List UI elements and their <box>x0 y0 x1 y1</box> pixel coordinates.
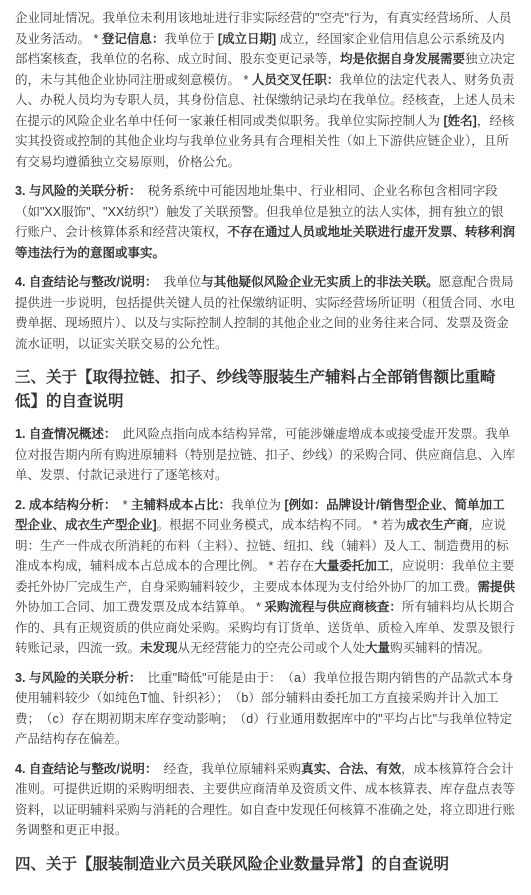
section-heading: 四、关于【服装制造业六员关联风险企业数量异常】的自查说明 <box>15 853 516 877</box>
paragraph: 4. 自查结论与整改/说明： 经查，我单位原辅料采购真实、合法、有效，成本核算符… <box>15 759 516 841</box>
bold-text-run: 真实、合法、有效 <box>301 762 401 776</box>
bold-text-run: 四、关于【服装制造业六员关联风险企业数量异常】的自查说明 <box>15 856 449 873</box>
bold-text-run: 均是依据自身发展需要 <box>340 52 465 66</box>
text-run: * <box>110 498 131 512</box>
bold-text-run: 大量委托加工 <box>314 559 389 573</box>
bold-text-run: 与其他疑似风险企业无实质上的非法关联。 <box>201 275 439 289</box>
paragraph: 企业同址情况。我单位未利用该地址进行非实际经营的"空壳"行为，有真实经营场所、人… <box>15 8 516 172</box>
text-run: 我单位为 <box>231 498 284 512</box>
text-run: 外协加工合同、加工费发票及成本结算单。 * <box>15 600 264 614</box>
section-heading: 三、关于【取得拉链、扣子、纱线等服装生产辅料占全部销售额比重畸低】的自查说明 <box>15 366 516 414</box>
bold-text-run: 采购流程与供应商核查： <box>264 600 402 614</box>
bold-text-run: 4. 自查结论与整改/说明： <box>15 762 151 776</box>
paragraph: 3. 与风险的关联分析： 比重"畸低"可能是由于： （a）我单位报告期内销售的产… <box>15 668 516 750</box>
bold-text-run: [姓名] <box>443 114 476 128</box>
bold-text-run: 未发现 <box>140 641 178 655</box>
paragraph: 4. 自查结论与整改/说明： 我单位与其他疑似风险企业无实质上的非法关联。愿意配… <box>15 272 516 354</box>
bold-text-run: 3. 与风险的关联分析： <box>15 184 135 198</box>
paragraph: 1. 自查情况概述： 此风险点指向成本结构异常，可能涉嫌虚增成本或接受虚开发票。… <box>15 424 516 486</box>
paragraph: 2. 成本结构分析： * 主辅料成本占比：我单位为 [例如：品牌设计/销售型企业… <box>15 495 516 659</box>
text-run: 购买辅料的情况。 <box>390 641 490 655</box>
text-run: 经查，我单位原辅料采购 <box>151 762 301 776</box>
text-run: 我单位于 <box>164 32 217 46</box>
bold-text-run: 成衣生产商 <box>406 518 469 532</box>
paragraph: 3. 与风险的关联分析： 税务系统中可能因地址集中、行业相同、企业名称包含相同字… <box>15 181 516 263</box>
text-run: 我单位 <box>151 275 201 289</box>
bold-text-run: 4. 自查结论与整改/说明： <box>15 275 151 289</box>
bold-text-run: 大量 <box>365 641 390 655</box>
bold-text-run: 主辅料成本占比： <box>131 498 231 512</box>
bold-text-run: 登记信息： <box>102 32 165 46</box>
bold-text-run: 1. 自查情况概述： <box>15 427 110 441</box>
bold-text-run: 2. 成本结构分析： <box>15 498 110 512</box>
text-run: 。根据不同业务模式，成本结构不同。 * 若为 <box>157 518 406 532</box>
text-run: 从无经营能力的空壳公司或个人处 <box>178 641 366 655</box>
bold-text-run: 人员交叉任职： <box>252 73 340 87</box>
document-body: 企业同址情况。我单位未利用该地址进行非实际经营的"空壳"行为，有真实经营场所、人… <box>15 8 516 877</box>
document-page: 企业同址情况。我单位未利用该地址进行非实际经营的"空壳"行为，有真实经营场所、人… <box>0 0 531 895</box>
bold-text-run: [成立日期] <box>218 32 276 46</box>
bold-text-run: 3. 与风险的关联分析： <box>15 671 135 685</box>
bold-text-run: 三、关于【取得拉链、扣子、纱线等服装生产辅料占全部销售额比重畸低】的自查说明 <box>15 369 496 410</box>
bold-text-run: 需提供 <box>478 580 516 594</box>
